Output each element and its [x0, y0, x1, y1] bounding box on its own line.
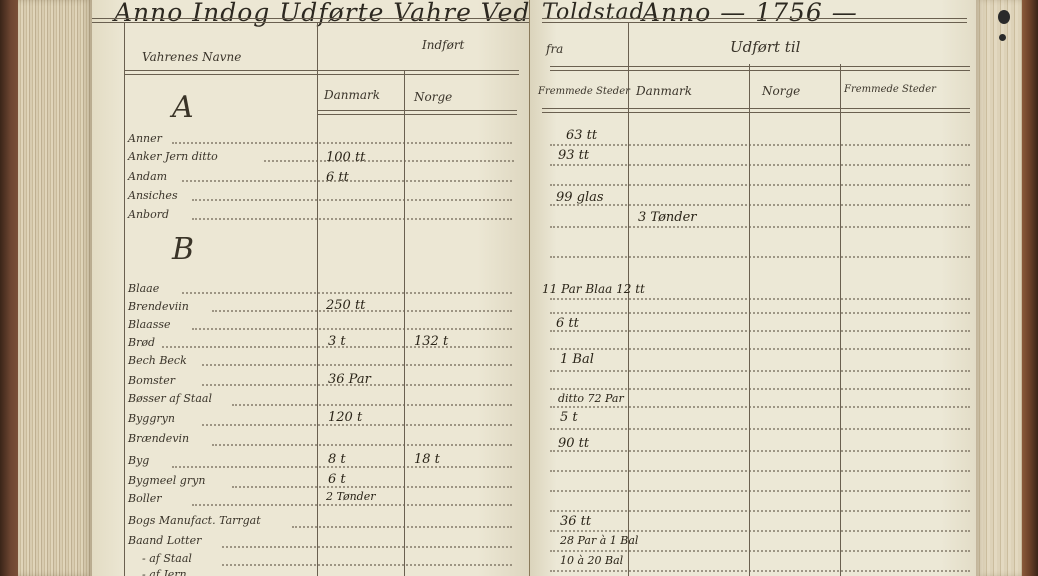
dotted-leader — [192, 218, 512, 220]
item-name: Bomster — [128, 374, 175, 387]
dotted-leader — [550, 490, 970, 492]
dotted-leader — [550, 256, 970, 258]
denmark-value: 6 t — [328, 472, 346, 487]
denmark-value: 8 t — [328, 452, 346, 467]
column-header-names: Vahrenes Navne — [142, 50, 241, 64]
header-rule — [550, 66, 970, 71]
item-name: Blaae — [128, 282, 159, 295]
foreign-value: 10 à 20 Bal — [560, 554, 623, 567]
book-cover-right — [1022, 0, 1038, 576]
margin-rule — [124, 22, 125, 576]
item-name: - af Staal — [142, 552, 192, 565]
dotted-leader — [550, 204, 970, 206]
foreign-value: 28 Par à 1 Bal — [560, 534, 638, 547]
dotted-leader — [550, 388, 970, 390]
page-edges-right — [976, 0, 1022, 576]
header-rule — [542, 108, 970, 113]
column-header-imported: Indført — [422, 38, 464, 52]
foreign-value: 6 tt — [556, 316, 579, 331]
column-header-foreign-2: Fremmede Steder — [844, 84, 936, 95]
denmark-value: 100 tt — [326, 150, 365, 165]
item-name: Boller — [128, 492, 162, 505]
item-name: Bygmeel gryn — [128, 474, 205, 487]
item-name: Bech Beck — [128, 354, 187, 367]
dotted-leader — [192, 199, 512, 201]
section-letter-a: A — [172, 90, 194, 125]
column-header-exported: Udført til — [730, 38, 800, 56]
dotted-leader — [222, 564, 512, 566]
ink-blot — [999, 34, 1006, 41]
dotted-leader — [232, 404, 512, 406]
dotted-leader — [550, 510, 970, 512]
dotted-leader — [550, 226, 970, 228]
item-name: Byggryn — [128, 412, 175, 425]
column-header-denmark: Danmark — [324, 88, 380, 102]
item-name: Bogs Manufact. Tarrgat — [128, 514, 261, 527]
denmark-value: 120 t — [328, 410, 362, 425]
column-header-norway: Norge — [762, 84, 800, 98]
denmark-value: 3 Tønder — [638, 210, 697, 225]
column-rule — [749, 64, 750, 576]
item-name: Brendeviin — [128, 300, 189, 313]
item-name: Bøsser af Staal — [128, 392, 212, 405]
item-name: Brændevin — [128, 432, 189, 445]
dotted-leader — [550, 144, 970, 146]
foreign-value: 11 Par Blaa 12 tt — [542, 282, 645, 296]
dotted-leader — [550, 406, 970, 408]
foreign-value: 93 tt — [558, 148, 589, 163]
denmark-value: 2 Tønder — [326, 490, 376, 503]
title-rule — [542, 18, 967, 23]
page-edges-left — [18, 0, 92, 576]
title-rule — [92, 18, 530, 23]
dotted-leader — [264, 160, 514, 162]
item-name: Anner — [128, 132, 162, 145]
ledger-page-right: Toldstad Anno — 1756 — fra Udført til Fr… — [530, 0, 976, 576]
denmark-value: 250 tt — [326, 298, 365, 313]
dotted-leader — [202, 364, 512, 366]
ledger-page-left: Anno Indog Udførte Vahre Ved Molde Vahre… — [92, 0, 530, 576]
item-name: Andam — [128, 170, 167, 183]
column-rule — [317, 22, 318, 576]
ink-blot — [998, 10, 1010, 24]
header-rule — [317, 110, 517, 115]
dotted-leader — [222, 546, 512, 548]
item-name: Byg — [128, 454, 149, 467]
denmark-value: 36 Par — [328, 372, 371, 387]
dotted-leader — [550, 348, 970, 350]
book-cover-left — [0, 0, 18, 576]
column-header-denmark: Danmark — [636, 84, 692, 98]
foreign-value: 36 tt — [560, 514, 591, 529]
item-name: Brød — [128, 336, 155, 349]
dotted-leader — [550, 164, 970, 166]
dotted-leader — [550, 470, 970, 472]
dotted-leader — [192, 504, 512, 506]
norway-value: 132 t — [414, 334, 448, 349]
foreign-value: 90 tt — [558, 436, 589, 451]
dotted-leader — [550, 298, 970, 300]
column-rule — [840, 64, 841, 576]
dotted-leader — [550, 450, 970, 452]
item-name: Anker Jern ditto — [128, 150, 218, 163]
item-name: Ansiches — [128, 189, 178, 202]
dotted-leader — [232, 486, 512, 488]
foreign-value: 1 Bal — [560, 352, 594, 367]
foreign-value: ditto 72 Par — [558, 392, 624, 405]
dotted-leader — [550, 428, 970, 430]
item-name: - af Jern — [142, 568, 187, 576]
item-name: Blaasse — [128, 318, 171, 331]
foreign-value: 99 glas — [556, 190, 604, 205]
dotted-leader — [192, 328, 512, 330]
dotted-leader — [550, 570, 970, 572]
column-rule — [404, 70, 405, 576]
dotted-leader — [182, 292, 512, 294]
dotted-leader — [212, 444, 512, 446]
column-header-norway: Norge — [414, 90, 452, 104]
item-name: Baand Lotter — [128, 534, 201, 547]
denmark-value: 3 t — [328, 334, 346, 349]
dotted-leader — [550, 550, 970, 552]
dotted-leader — [550, 330, 970, 332]
dotted-leader — [550, 184, 970, 186]
item-name: Anbord — [128, 208, 169, 221]
dotted-leader — [550, 370, 970, 372]
foreign-value: 63 tt — [566, 128, 597, 143]
denmark-value: 6 tt — [326, 170, 349, 185]
dotted-leader — [550, 530, 970, 532]
column-header-foreign: Fremmede Steder — [538, 86, 630, 97]
foreign-value: 5 t — [560, 410, 578, 425]
header-rule — [124, 70, 519, 75]
column-header-from: fra — [546, 42, 563, 56]
dotted-leader — [172, 142, 512, 144]
dotted-leader — [292, 526, 512, 528]
norway-value: 18 t — [414, 452, 440, 467]
section-letter-b: B — [172, 232, 194, 267]
dotted-leader — [550, 312, 970, 314]
